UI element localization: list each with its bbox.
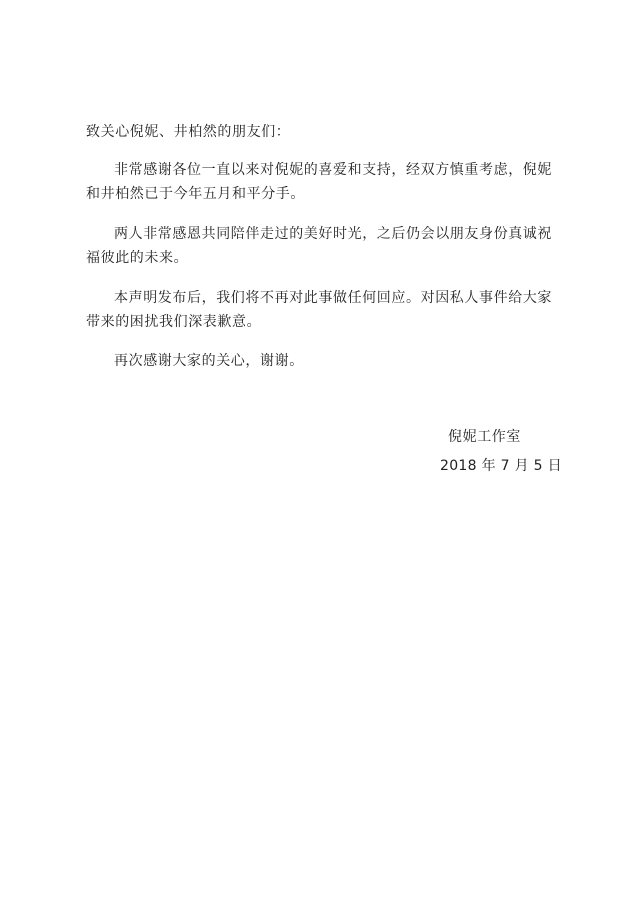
paragraph-gratitude: 两人非常感恩共同陪伴走过的美好时光，之后仍会以朋友身份真诚祝福彼此的未来。 — [86, 222, 556, 270]
paragraph-no-response: 本声明发布后，我们将不再对此事做任何回应。对因私人事件给大家带来的困扰我们深表歉… — [86, 286, 556, 334]
paragraph-closing: 再次感谢大家的关心，谢谢。 — [86, 349, 556, 373]
salutation: 致关心倪妮、井柏然的朋友们： — [86, 121, 290, 141]
paragraph-thanks: 非常感谢各位一直以来对倪妮的喜爱和支持，经双方慎重考虑，倪妮和井柏然已于今年五月… — [86, 158, 556, 206]
signature: 倪妮工作室 — [448, 426, 521, 446]
statement-page: 致关心倪妮、井柏然的朋友们： 非常感谢各位一直以来对倪妮的喜爱和支持，经双方慎重… — [0, 0, 641, 908]
date: 2018 年 7 月 5 日 — [440, 455, 562, 475]
